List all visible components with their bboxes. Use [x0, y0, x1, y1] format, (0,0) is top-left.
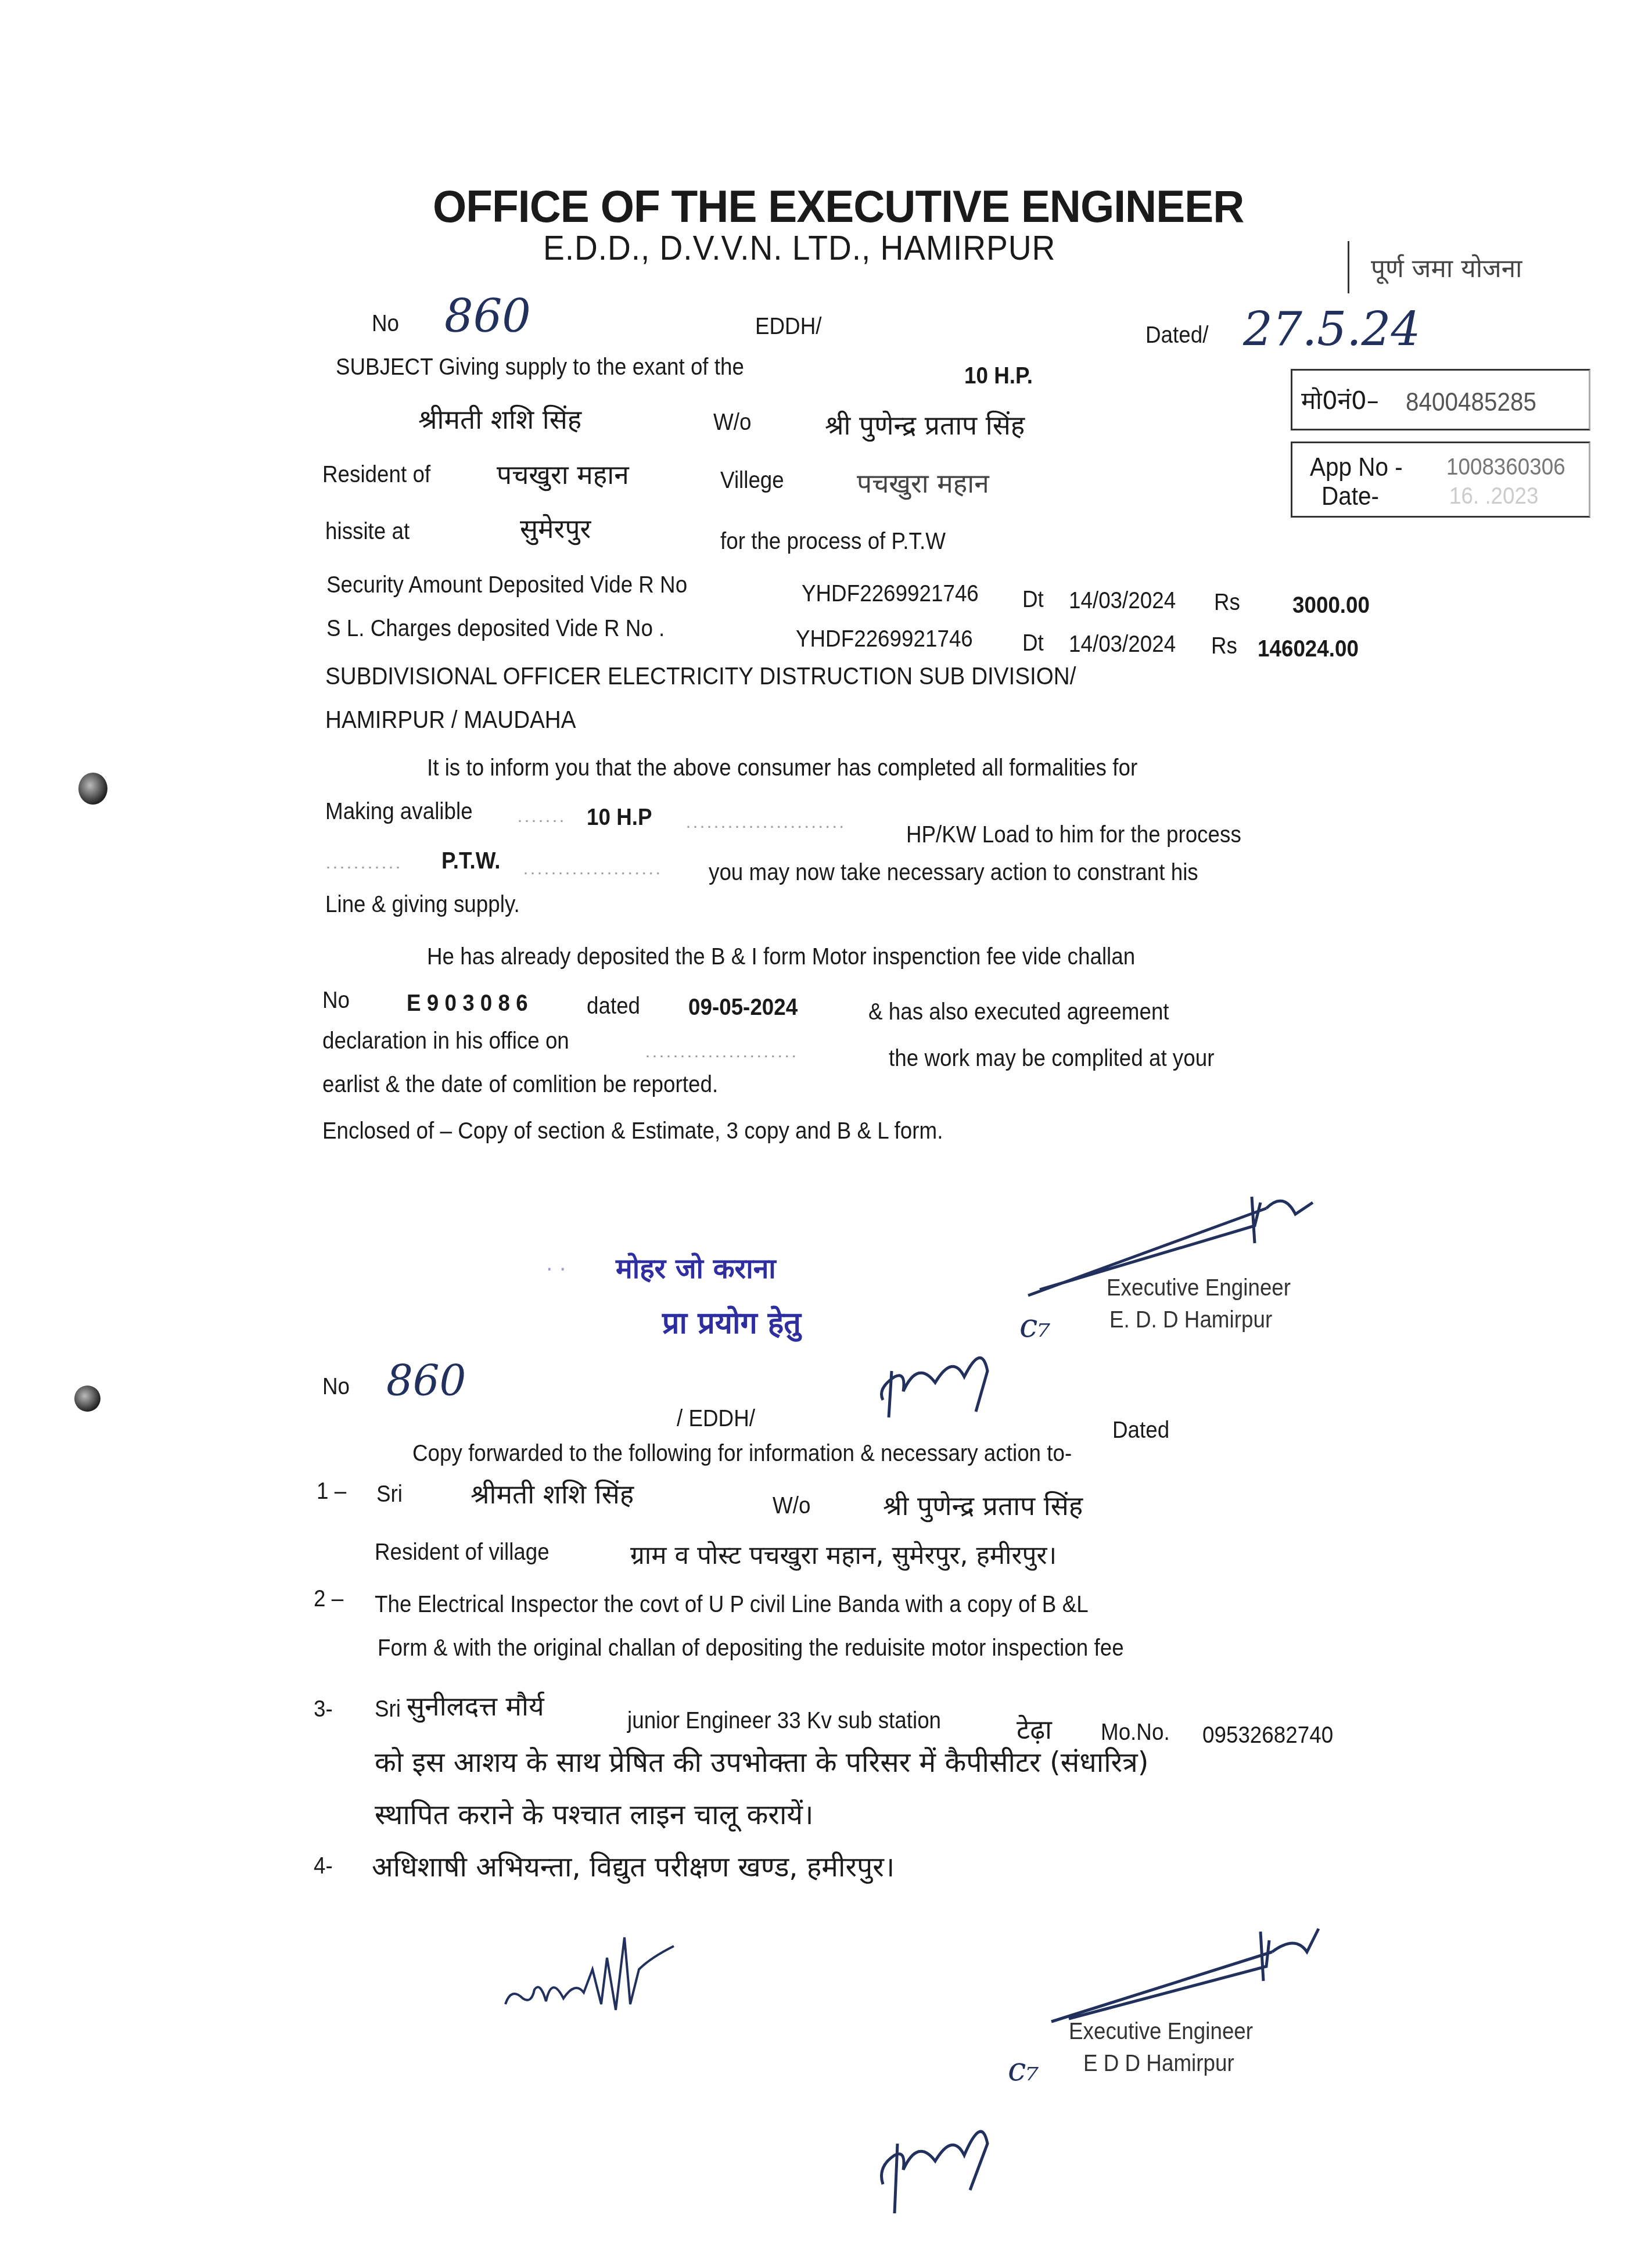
body-challan-no: E 9 0 3 0 8 6	[407, 990, 528, 1017]
signature-2-office: E D D Hamirpur	[1083, 2051, 1234, 2077]
relation-label: W/o	[713, 410, 751, 436]
deposit-receipt: YHDF2269921746	[796, 626, 973, 652]
deposit-rs-label: Rs	[1214, 590, 1240, 616]
initial-mark: c₇	[1019, 1307, 1051, 1345]
body-decl: declaration in his office on	[322, 1028, 569, 1054]
deposit-receipt: YHDF2269921746	[802, 581, 979, 607]
scheme-label: पूर्ण जमा योजना	[1371, 250, 1522, 285]
copy-dated-label: Dated	[1112, 1417, 1169, 1444]
item-prefix: Sri	[375, 1696, 401, 1722]
body-p2-last: earlist & the date of comlition be repor…	[322, 1072, 718, 1098]
deposit-amount: 3000.00	[1292, 593, 1370, 619]
body-ptw: P.T.W.	[441, 848, 501, 874]
site-value: सुमेरपुर	[520, 510, 591, 546]
dotted-fill: ·······················	[685, 816, 846, 836]
office-title: OFFICE OF THE EXECUTIVE ENGINEER	[433, 180, 1244, 233]
ref-no-label: No	[372, 311, 399, 337]
resident-label: Resident of	[322, 462, 430, 488]
office-subtitle: E.D.D., D.V.V.N. LTD., HAMIRPUR	[543, 228, 1055, 268]
spouse-name: श्री पुणेन्द्र प्रताप सिंह	[825, 407, 1025, 443]
ref-no-value: 860	[444, 290, 531, 343]
signature-1-designation: Executive Engineer	[1107, 1275, 1291, 1301]
item-mo-label: Mo.No.	[1101, 1720, 1170, 1746]
village-value: पचखुरा महान	[857, 465, 989, 501]
body-load: 10 H.P	[587, 805, 652, 831]
item-line1: The Electrical Inspector the covt of U P…	[375, 1592, 1089, 1618]
addressee-line1: SUBDIVISIONAL OFFICER ELECTRICITY DISTRU…	[325, 662, 1076, 690]
item-name: सुनीलदत्त मौर्य	[407, 1688, 544, 1724]
signature-2-designation: Executive Engineer	[1069, 2019, 1253, 2045]
body-work: the work may be complited at your	[889, 1046, 1214, 1072]
village-label: Villege	[720, 468, 784, 494]
item-number: 2 –	[314, 1586, 343, 1612]
item-spouse: श्री पुणेन्द्र प्रताप सिंह	[883, 1487, 1083, 1523]
body-dated-label: dated	[587, 993, 640, 1020]
mobile-label: मो0नं0–	[1301, 383, 1379, 417]
item-line3: स्थापित कराने के पश्चात लाइन चालू करायें…	[375, 1795, 813, 1833]
app-date-value: 16. .2023	[1449, 483, 1538, 509]
item-name: श्रीमती शशि सिंह	[471, 1476, 634, 1512]
initials-2-icon	[871, 2103, 1017, 2219]
item-relation: W/o	[773, 1493, 810, 1519]
deposit-label: Security Amount Deposited Vide R No	[326, 572, 687, 598]
body-p1-line1: It is to inform you that the above consu…	[427, 755, 1137, 781]
ref-dated-label: Dated/	[1145, 322, 1208, 349]
stamp-line1-faint: · ·	[546, 1258, 566, 1282]
body-hpkw: HP/KW Load to him for the process	[906, 822, 1241, 848]
item-number: 3-	[314, 1696, 333, 1722]
item-prefix: Sri	[376, 1481, 403, 1508]
deposit-label: S L. Charges deposited Vide R No .	[326, 616, 665, 642]
body-p2-rest: & has also executed agreement	[868, 999, 1169, 1025]
deposit-dt-label: Dt	[1022, 587, 1044, 613]
body-enclosed: Enclosed of – Copy of section & Estimate…	[322, 1118, 943, 1144]
stamp-line1: मोहर जो कराना	[616, 1249, 776, 1287]
copy-eddh: / EDDH/	[677, 1406, 755, 1432]
mobile-value: 8400485285	[1406, 388, 1536, 417]
item-mo-value: 09532682740	[1202, 1722, 1333, 1749]
copy-no-value: 860	[386, 1356, 466, 1405]
deposit-date: 14/03/2024	[1069, 588, 1176, 614]
item-res-label: Resident of village	[375, 1539, 550, 1566]
item-role: junior Engineer 33 Kv sub station	[627, 1708, 941, 1734]
deposit-amount: 146024.00	[1258, 636, 1359, 662]
item-res-value: ग्राम व पोस्ट पचखुरा महान, सुमेरपुर, हमी…	[630, 1537, 1057, 1571]
item-line2: को इस आशय के साथ प्रेषित की उपभोक्ता के …	[375, 1743, 1148, 1781]
ref-dated-value: 27.5.24	[1243, 302, 1420, 356]
body-challan-no-label: No	[322, 988, 350, 1014]
copy-intro: Copy forwarded to the following for info…	[412, 1441, 1072, 1467]
body-action: you may now take necessary action to con…	[709, 860, 1198, 886]
app-no-label: App No -	[1310, 453, 1403, 482]
dotted-fill: ····················	[523, 863, 662, 882]
item-number: 4-	[314, 1853, 333, 1879]
signature-2-icon	[1046, 1923, 1324, 2027]
ref-eddh: EDDH/	[755, 314, 821, 340]
body-p1-line4: Line & giving supply.	[325, 892, 520, 918]
deposit-rs-label: Rs	[1211, 633, 1237, 659]
body-p2-line1: He has already deposited the B & I form …	[427, 944, 1135, 970]
copy-no-label: No	[322, 1374, 350, 1400]
item-station: टेढ़ा	[1017, 1711, 1052, 1747]
item-line2: Form & with the original challan of depo…	[378, 1635, 1124, 1661]
body-making-label: Making avalible	[325, 799, 473, 825]
subject-load: 10 H.P.	[964, 363, 1033, 389]
punch-hole-mark	[78, 773, 107, 805]
initials-1-icon	[871, 1336, 1017, 1423]
dotted-fill: ·······	[517, 810, 566, 830]
deposit-date: 14/03/2024	[1069, 631, 1176, 658]
stamp-line2: प्रा प्रयोग हेतु	[662, 1301, 801, 1343]
subject-label: SUBJECT Giving supply to the exant of th…	[336, 354, 744, 381]
handwritten-note-icon	[500, 1934, 744, 2022]
consumer-name: श्रीमती शशि सिंह	[418, 401, 581, 437]
site-label: hissite at	[325, 519, 410, 545]
item-line1: अधिशाषी अभियन्ता, विद्युत परीक्षण खण्ड, …	[372, 1847, 895, 1885]
deposit-dt-label: Dt	[1022, 630, 1044, 656]
initial-mark: c₇	[1008, 2051, 1039, 2088]
signature-1-office: E. D. D Hamirpur	[1109, 1307, 1272, 1333]
addressee-line2: HAMIRPUR / MAUDAHA	[325, 706, 576, 734]
dotted-fill: ······················	[645, 1046, 798, 1065]
app-no-value: 1008360306	[1446, 454, 1565, 480]
punch-hole-mark	[74, 1386, 100, 1412]
body-challan-date: 09-05-2024	[688, 995, 798, 1021]
resident-value: पचखुरा महान	[497, 456, 629, 492]
process-text: for the process of P.T.W	[720, 529, 946, 555]
item-number: 1 –	[317, 1478, 346, 1505]
app-date-label: Date-	[1321, 482, 1379, 511]
dotted-fill: ···········	[325, 857, 402, 877]
